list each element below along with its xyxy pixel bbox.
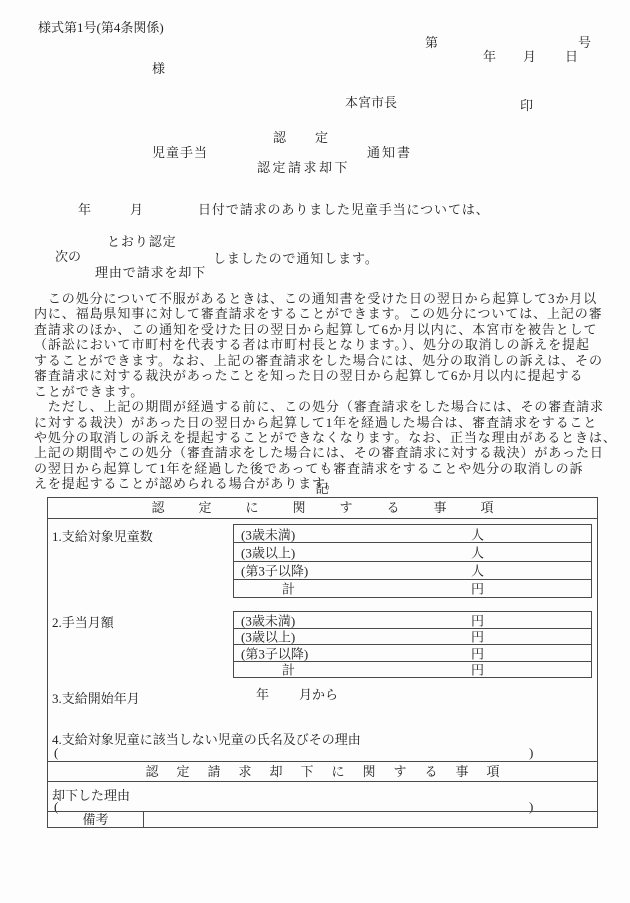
body-text-line: 内に、福島県知事に対して審査請求をすることができます。この処分については、上記の… [34,306,612,321]
body-text-line: や処分の取消しの訴えを提起することができなくなります。なお、正当な理由があるとき… [34,430,612,445]
details-table: 認定に関する事項 1.支給対象児童数 (3歳未満) 人 (3歳以上) 人 (第3… [47,497,598,828]
unit-label: 人 [471,561,484,580]
row4-label: 4.支給対象児童に該当しない児童の氏名及びその理由 [52,729,361,748]
date-year-label: 年 [483,50,496,65]
unit-label: 人 [471,542,484,561]
title-subject: 児童手当 [152,146,208,161]
row4-paren-open: ( [54,746,58,761]
section2-header: 認定請求却下に関する事項 [48,761,597,782]
row1-label: 1.支給対象児童数 [52,526,153,545]
date-day-label: 日 [565,50,578,65]
stmt-option-top: とおり認定 [107,235,177,250]
title-option-top: 認 定 [273,131,329,146]
remarks-blank [144,812,597,827]
body-text-line: ことができます。 [34,384,612,399]
table-row: (第3子以降) 人 [234,561,591,579]
body-text-line: ただし、上記の期間が経過する前に、この処分（審査請求をした場合には、その審査請求 [34,399,612,414]
row3-from-label: 月から [299,688,338,703]
table-row: (3歳以上) 円 [234,628,591,645]
appeal-notes: この処分について不服があるときは、この通知書を受けた日の翌日から起算して3か月以… [34,291,612,492]
table-row: (3歳未満) 人 [234,525,591,542]
age-band-label: (3歳未満) [241,524,295,543]
body-text-line: することができます。なお、上記の審査請求をした場合には、処分の取消しの訴えは、そ… [34,353,612,368]
row3-year-label: 年 [256,688,269,703]
stmt-option-bottom: 理由で請求を却下 [95,266,206,281]
body-text-line: 査請求のほか、この通知を受けた日の翌日から起算して6か月以内に、本宮市を被告とし… [34,322,612,337]
table-row: (3歳以上) 人 [234,542,591,560]
body-text-line: この処分について不服があるときは、この通知書を受けた日の翌日から起算して3か月以 [34,291,612,306]
body-text-line: に対する裁決）があった日の翌日から起算して1年を経過した場合は、審査請求をするこ… [34,415,612,430]
stmt-lead: 次の [55,250,81,265]
doc-number-suffix: 号 [578,36,591,51]
form-number: 様式第1号(第4条関係) [38,21,164,36]
age-band-label: (3歳以上) [241,542,295,561]
stmt-year-label: 年 [78,203,91,218]
seal-mark: 印 [520,99,533,114]
title-option-bottom: 認定請求却下 [257,161,350,176]
row1-subtable: (3歳未満) 人 (3歳以上) 人 (第3子以降) 人 計 円 [233,524,592,598]
table-row: 計 円 [234,661,591,678]
body-text-line: （訴訟において市町村を代表する者は市町村長となります。）、処分の取消しの訴えを提… [34,337,612,352]
unit-label: 円 [471,579,484,598]
date-month-label: 月 [523,50,536,65]
remarks-label: 備考 [48,812,144,827]
title-doc-type: 通知書 [367,146,412,161]
addressee-suffix: 様 [152,62,165,77]
unit-label: 円 [471,660,484,679]
ki-label: 記 [47,478,597,497]
age-band-label: (第3子以降) [241,561,308,580]
row3-label: 3.支給開始年月 [52,688,140,707]
unit-label: 人 [471,524,484,543]
age-band-label: (第3子以降) [241,643,308,662]
remarks-row: 備考 [48,811,597,827]
row4-paren-close: ) [529,746,533,761]
total-label: 計 [282,579,295,598]
body-text-line: 上記の期間やこの処分（審査請求をした場合には、その審査請求に対する裁決）があった… [34,445,612,460]
issuer-name: 本宮市長 [345,96,397,111]
row2-label: 2.手当月額 [52,612,114,631]
table-row: (3歳未満) 円 [234,612,591,628]
total-label: 計 [282,660,295,679]
stmt-tail: しましたので通知します。 [213,252,379,267]
body-text-line: の翌日から起算して1年を経過した後であっても審査請求をすることや処分の取消しの訴 [34,461,612,476]
table-row: 計 円 [234,579,591,597]
row2-subtable: (3歳未満) 円 (3歳以上) 円 (第3子以降) 円 計 円 [233,611,592,678]
doc-number-prefix: 第 [425,36,438,51]
rejection-label: 却下した理由 [52,785,130,804]
stmt-month-label: 月 [130,203,143,218]
body-text-line: 審査請求に対する裁決があったことを知った日の翌日から起算して6か月以内に提起する [34,368,612,383]
stmt-intro: 日付で請求のありました児童手当については、 [198,203,490,218]
table-row: (第3子以降) 円 [234,644,591,661]
document-page: 様式第1号(第4条関係) 第 号 年 月 日 様 本宮市長 印 認 定 児童手当… [0,0,630,903]
section1-header: 認定に関する事項 [48,498,597,519]
